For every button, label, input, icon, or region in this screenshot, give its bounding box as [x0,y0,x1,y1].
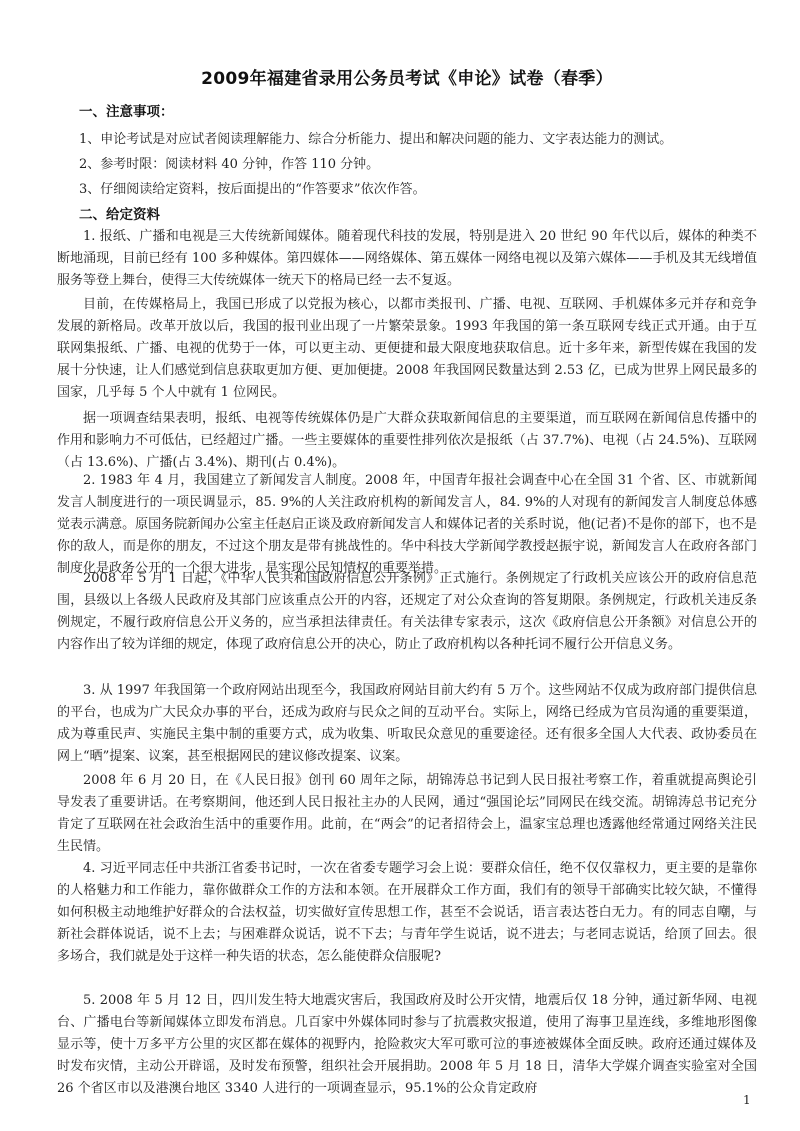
document-title: 2009年福建省录用公务员考试《申论》试卷（春季） [57,64,757,89]
material-paragraph: 2008 年 6 月 20 日，在《人民日报》创刊 60 周年之际，胡锦涛总书记… [57,770,757,858]
material-paragraph: 据一项调查结果表明，报纸、电视等传统媒体仍是广大群众获取新闻信息的主要渠道，而互… [57,408,757,474]
note-item: 3、仔细阅读给定资料，按后面提出的“作答要求”依次作答。 [79,178,426,197]
section-heading-materials: 二、给定资料 [79,203,160,223]
material-paragraph: 1. 报纸、广播和电视是三大传统新闻媒体。随着现代科技的发展，特别是进入 20 … [57,226,757,292]
material-paragraph: 5. 2008 年 5 月 12 日，四川发生特大地震灾害后，我国政府及时公开灾… [57,990,757,1100]
note-item: 1、申论考试是对应试者阅读理解能力、综合分析能力、提出和解决问题的能力、文字表达… [79,128,672,147]
page-number: 1 [743,1093,751,1107]
section-heading-notes: 一、注意事项： [79,100,174,120]
material-paragraph: 目前，在传媒格局上，我国已形成了以党报为核心，以都市类报刊、广播、电视、互联网、… [57,294,757,404]
material-paragraph: 2. 1983 年 4 月，我国建立了新闻发言人制度。2008 年，中国青年报社… [57,470,757,580]
material-paragraph: 3. 从 1997 年我国第一个政府网站出现至今，我国政府网站目前大约有 5 万… [57,680,757,768]
note-item: 2、参考时限：阅读材料 40 分钟，作答 110 分钟。 [79,153,379,172]
material-paragraph: 4. 习近平同志任中共浙江省委书记时，一次在省委专题学习会上说：要群众信任，绝不… [57,858,757,968]
material-paragraph: 2008 年 5 月 1 日起，《中华人民共和国政府信息公开条例》正式施行。条例… [57,568,757,656]
